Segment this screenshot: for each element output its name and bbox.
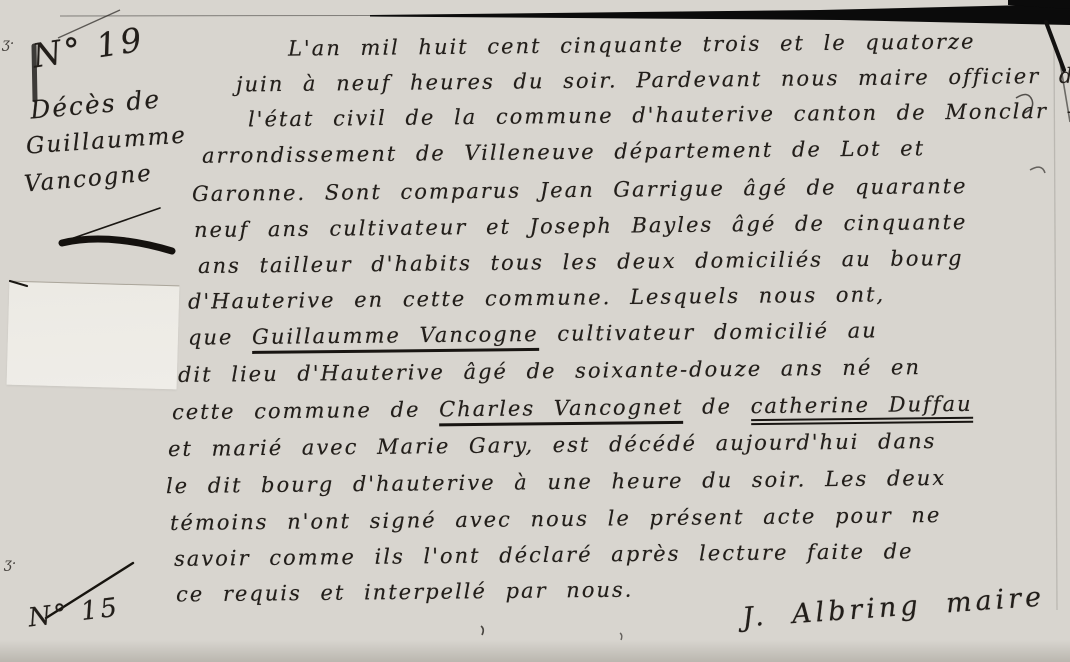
line-8-post: cultivateur domicilié au xyxy=(538,318,877,346)
record-line-7: d'Hauterive en cette commune. Lesquels n… xyxy=(188,282,885,313)
margin-paraph-thin xyxy=(62,208,160,242)
line-8-pre: que xyxy=(188,325,252,350)
record-line-1: juin à neuf heures du soir. Pardevant no… xyxy=(236,64,1070,97)
margin-heading-deces-de: Décès de xyxy=(29,84,162,124)
mayor-signature: J. Albring maire xyxy=(741,581,1046,633)
record-line-8: que Guillaumme Vancogne cultivateur domi… xyxy=(188,318,878,349)
underlined-deceased-name: Guillaumme Vancogne xyxy=(252,322,539,354)
underlined-father-name: Charles Vancognet xyxy=(439,395,684,427)
record-line-3: arrondissement de Villeneuve département… xyxy=(202,136,925,168)
right-diagonal-streak xyxy=(1046,22,1064,70)
record-line-12: le dit bourg d'hauterive à une heure du … xyxy=(166,466,946,498)
record-line-10: cette commune de Charles Vancognet de ca… xyxy=(172,392,973,424)
top-edge-thin-line xyxy=(60,16,370,17)
act-number: N° 19 xyxy=(30,19,148,75)
page-edge-line xyxy=(1054,45,1057,610)
line-10-pre: cette commune de xyxy=(172,397,439,424)
bottom-scan-shadow xyxy=(0,640,1070,662)
underlined-mother-name: catherine Duffau xyxy=(750,392,972,425)
top-right-corner-black xyxy=(1008,0,1070,9)
record-line-14: savoir comme ils l'ont déclaré après lec… xyxy=(174,539,914,571)
stray-mark-1 xyxy=(481,626,483,635)
margin-heading-firstname: Guillaumme xyxy=(25,122,187,159)
edge-mark-bottom: ʒ· xyxy=(4,556,16,572)
record-line-9: dit lieu d'Hauterive âgé de soixante-dou… xyxy=(178,355,921,387)
margin-paraph-bold xyxy=(62,239,172,251)
record-line-2: l'état civil de la commune d'hauterive c… xyxy=(248,99,1070,132)
edge-mark-top: ʒ· xyxy=(2,36,14,52)
record-line-11: et marié avec Marie Gary, est décédé auj… xyxy=(168,429,937,461)
next-act-number: N° 15 xyxy=(27,592,122,633)
record-line-13: témoins n'ont signé avec nous le présent… xyxy=(170,503,942,535)
top-edge-black-band xyxy=(370,4,1070,25)
paper-slip-patch xyxy=(7,281,180,390)
record-line-5: neuf ans cultivateur et Joseph Bayles âg… xyxy=(194,210,968,242)
record-line-4: Garonne. Sont comparus Jean Garrigue âgé… xyxy=(192,174,968,206)
stray-mark-2 xyxy=(620,633,622,640)
line-10-mid: de xyxy=(683,394,750,419)
margin-heading-surname: Vancogne xyxy=(23,160,154,197)
record-line-15: ce requis et interpellé par nous. xyxy=(176,578,634,607)
record-line-6: ans tailleur d'habits tous les deux domi… xyxy=(198,246,964,278)
death-record-scan: ʒ· N° 19 Décès de Guillaumme Vancogne N°… xyxy=(0,0,1070,662)
line-end-curl-2 xyxy=(1030,167,1045,173)
record-line-0: L'an mil huit cent cinquante trois et le… xyxy=(288,29,976,60)
